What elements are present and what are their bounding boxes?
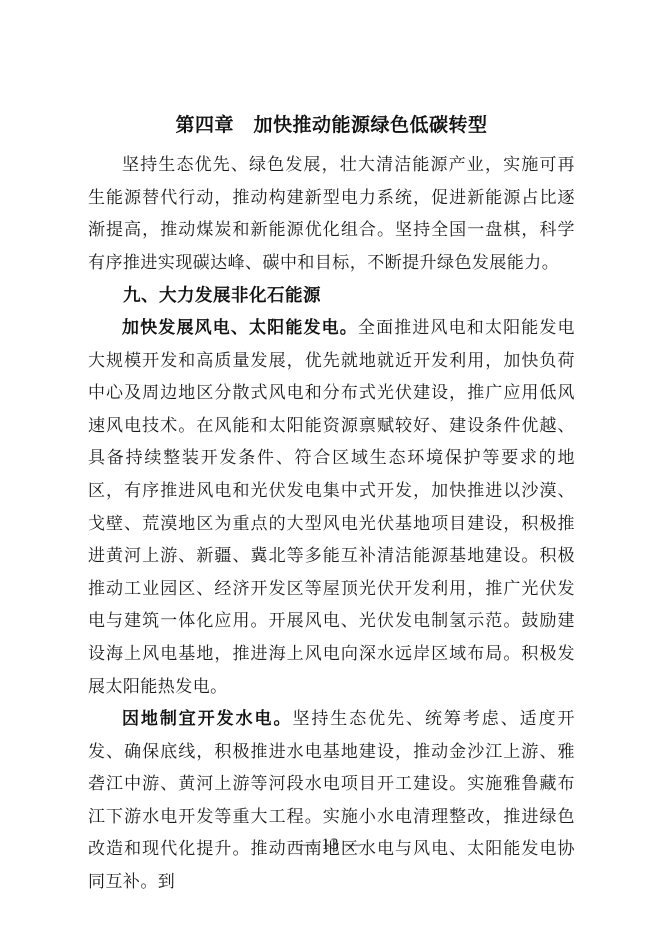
paragraph-wind-solar: 加快发展风电、太阳能发电。全面推进风电和太阳能发电大规模开发和高质量发展，优先就…: [88, 312, 575, 703]
paragraph-lead: 加快发展风电、太阳能发电。: [122, 318, 358, 337]
paragraph-text: 坚持生态优先、统筹考虑、适度开发、确保底线，积极推进水电基地建设，推动金沙江上游…: [88, 709, 575, 891]
page-number: — 13 —: [0, 834, 661, 856]
paragraph-text: 全面推进风电和太阳能发电大规模开发和高质量发展，优先就地就近开发利用，加快负荷中…: [88, 318, 575, 696]
document-page: 第四章 加快推动能源绿色低碳转型 坚持生态优先、绿色发展，壮大清洁能源产业，实施…: [0, 0, 661, 935]
chapter-title: 第四章 加快推动能源绿色低碳转型: [88, 110, 575, 142]
paragraph-hydropower: 因地制宜开发水电。坚持生态优先、统筹考虑、适度开发、确保底线，积极推进水电基地建…: [88, 703, 575, 899]
section-heading: 九、大力发展非化石能源: [88, 279, 575, 312]
intro-paragraph: 坚持生态优先、绿色发展，壮大清洁能源产业，实施可再生能源替代行动，推动构建新型电…: [88, 149, 575, 279]
paragraph-lead: 因地制宜开发水电。: [122, 709, 292, 728]
